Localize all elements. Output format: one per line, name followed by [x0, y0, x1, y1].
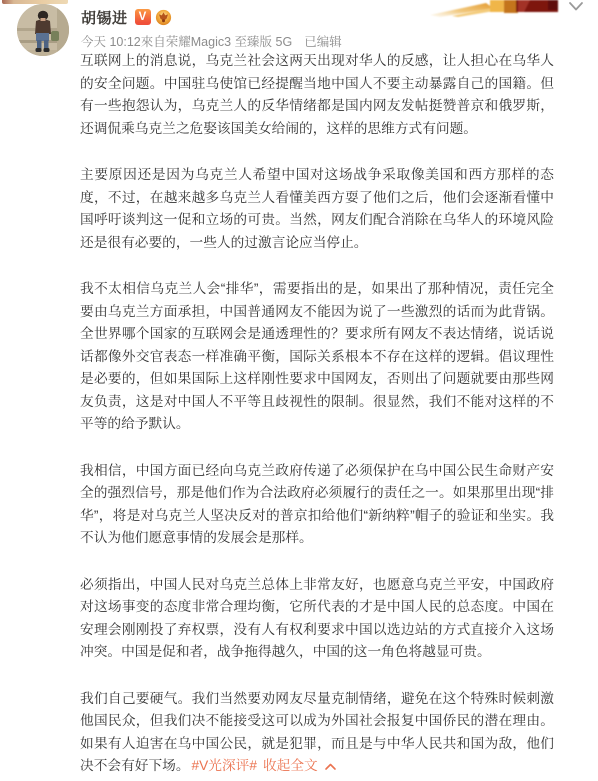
- post-meta: 今天 10:12來自荣耀Magic3 至臻版 5G已编辑: [81, 32, 342, 50]
- weibo-post-card: 胡锡进 V 今天 10:12來自荣耀Magic3 至臻版 5G已编辑: [0, 0, 598, 781]
- post-paragraph: 我们自己要硬气。我们当然要劝网友尽量克制情绪，避免在这个特殊时候刺激他国民众，但…: [80, 688, 554, 778]
- hashtag-link[interactable]: #V光深评#: [192, 758, 257, 773]
- vip-medal-icon: [155, 9, 172, 26]
- avatar[interactable]: [17, 4, 69, 56]
- header-decoration-fragment: [430, 0, 562, 18]
- post-paragraph: 必须指出，中国人民对乌克兰总体上非常友好，也愿意乌克兰平安，中国政府对这场事变的…: [80, 574, 554, 664]
- post-paragraph: 我不太相信乌克兰人会“排华”，需要指出的是，如果出了那种情况，责任完全要由乌克兰…: [80, 278, 554, 436]
- post-paragraph: 互联网上的消息说，乌克兰社会这两天出现对华人的反感，让人担心在乌华人的安全问题。…: [80, 50, 554, 140]
- author-name[interactable]: 胡锡进: [81, 7, 128, 28]
- author-row: 胡锡进 V: [81, 7, 172, 27]
- avatar-photo: [17, 4, 69, 56]
- top-edge-decoration: [2, 0, 68, 4]
- post-time[interactable]: 今天 10:12: [81, 35, 141, 49]
- chevron-down-icon[interactable]: [566, 1, 586, 17]
- collapse-chevron-icon[interactable]: [324, 762, 337, 771]
- v-verification-icon: V: [135, 9, 151, 25]
- collapse-fulltext-link[interactable]: 收起全文: [263, 758, 318, 773]
- edited-label: 已编辑: [304, 35, 342, 49]
- post-source[interactable]: 來自荣耀Magic3 至臻版 5G: [141, 35, 292, 49]
- post-paragraph: 主要原因还是因为乌克兰人希望中国对这场战争采取像美国和西方那样的态度，不过，在越…: [80, 164, 554, 254]
- post-paragraph: 我相信，中国方面已经向乌克兰政府传递了必须保护在乌中国公民生命财产安全的强烈信号…: [80, 460, 554, 550]
- post-text: 互联网上的消息说，乌克兰社会这两天出现对华人的反感，让人担心在乌华人的安全问题。…: [80, 50, 554, 778]
